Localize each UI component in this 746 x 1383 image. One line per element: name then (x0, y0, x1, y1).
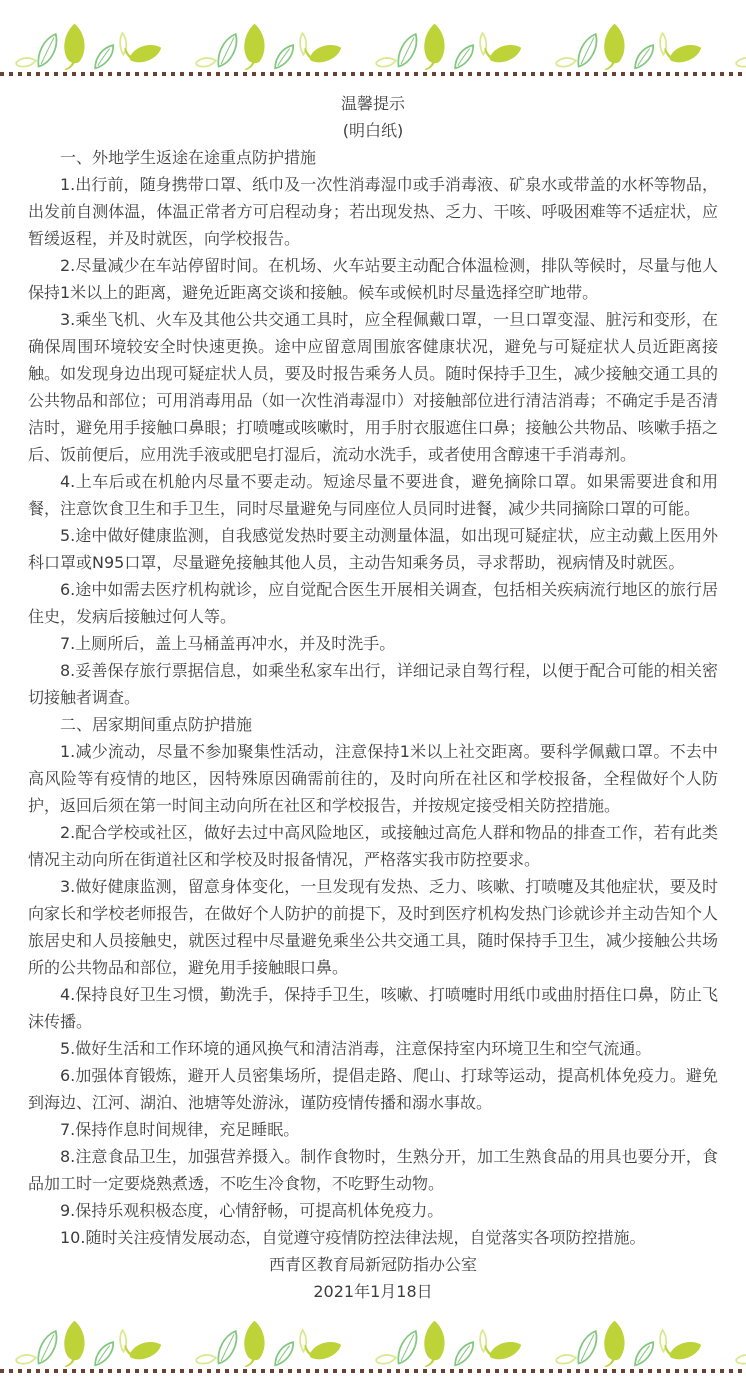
paragraph: 5.途中做好健康监测，自我感觉发热时要主动测量体温，如出现可疑症状，应主动戴上医… (28, 522, 718, 576)
page-title: 温馨提示 (28, 90, 718, 117)
paragraph: 6.加强体育锻炼，避开人员密集场所，提倡走路、爬山、打球等运动，提高机体免疫力。… (28, 1062, 718, 1116)
section-heading-1: 一、外地学生返途在途重点防护措施 (28, 144, 718, 171)
leaf-garland-icon (720, 1319, 746, 1367)
notice-page: 温馨提示 (明白纸) 一、外地学生返途在途重点防护措施1.出行前，随身携带口罩、… (0, 0, 746, 1383)
paragraph: 3.乘坐飞机、火车及其他公共交通工具时，应全程佩戴口罩，一旦口罩变湿、脏污和变形… (28, 306, 718, 468)
section-heading-2: 二、居家期间重点防护措施 (28, 711, 718, 738)
leaf-garland-icon (720, 22, 746, 70)
paragraph: 4.上车后或在机舱内尽量不要走动。短途尽量不要进食，避免摘除口罩。如果需要进食和… (28, 468, 718, 522)
leaf-garland-icon (360, 22, 540, 70)
document-body: 温馨提示 (明白纸) 一、外地学生返途在途重点防护措施1.出行前，随身携带口罩、… (0, 76, 746, 1311)
paragraph: 7.上厕所后，盖上马桶盖再冲水，并及时洗手。 (28, 630, 718, 657)
paragraph: 1.出行前，随身携带口罩、纸巾及一次性消毒湿巾或手消毒液、矿泉水或带盖的水杯等物… (28, 171, 718, 252)
paragraph: 8.妥善保存旅行票据信息，如乘坐私家车出行，详细记录自驾行程，以便于配合可能的相… (28, 657, 718, 711)
paragraph: 6.途中如需去医疗机构就诊，应自觉配合医生开展相关调查，包括相关疾病流行地区的旅… (28, 576, 718, 630)
leaf-garland-icon (540, 1319, 720, 1367)
paragraph: 7.保持作息时间规律，充足睡眠。 (28, 1116, 718, 1143)
paragraph: 4.保持良好卫生习惯，勤洗手，保持手卫生，咳嗽、打喷嚏时用纸巾或曲肘捂住口鼻，防… (28, 981, 718, 1035)
paragraph: 8.注意食品卫生，加强营养摄入。制作食物时，生熟分开，加工生熟食品的用具也要分开… (28, 1143, 718, 1197)
leaf-garland-icon (180, 1319, 360, 1367)
leaf-garland-bottom-leaves (0, 1319, 746, 1367)
signature: 西青区教育局新冠防指办公室 (28, 1251, 718, 1278)
leaf-garland-top-leaves (0, 22, 746, 70)
paragraph: 2.配合学校或社区，做好去过中高风险地区，或接触过高危人群和物品的排查工作，若有… (28, 819, 718, 873)
leaf-garland-icon (360, 1319, 540, 1367)
page-subtitle: (明白纸) (28, 117, 718, 144)
leaf-garland-icon (540, 22, 720, 70)
date-line: 2021年1月18日 (28, 1278, 718, 1305)
paragraph: 10.随时关注疫情发展动态，自觉遵守疫情防控法律法规，自觉落实各项防控措施。 (28, 1224, 718, 1251)
paragraph: 9.保持乐观积极态度，心情舒畅，可提高机体免疫力。 (28, 1197, 718, 1224)
leaf-garland-bottom (0, 1311, 746, 1383)
leaf-garland-icon (0, 1319, 180, 1367)
sections: 一、外地学生返途在途重点防护措施1.出行前，随身携带口罩、纸巾及一次性消毒湿巾或… (28, 144, 718, 1251)
paragraph: 1.减少流动，尽量不参加聚集性活动，注意保持1米以上社交距离。要科学佩戴口罩。不… (28, 738, 718, 819)
paragraph: 3.做好健康监测，留意身体变化，一旦发现有发热、乏力、咳嗽、打喷嚏及其他症状，要… (28, 873, 718, 981)
leaf-garland-icon (0, 22, 180, 70)
leaf-garland-icon (180, 22, 360, 70)
paragraph: 5.做好生活和工作环境的通风换气和清洁消毒，注意保持室内环境卫生和空气流通。 (28, 1035, 718, 1062)
leaf-garland-top (0, 0, 746, 76)
dotted-divider-bottom (0, 1369, 746, 1373)
paragraph: 2.尽量减少在车站停留时间。在机场、火车站要主动配合体温检测，排队等候时，尽量与… (28, 252, 718, 306)
